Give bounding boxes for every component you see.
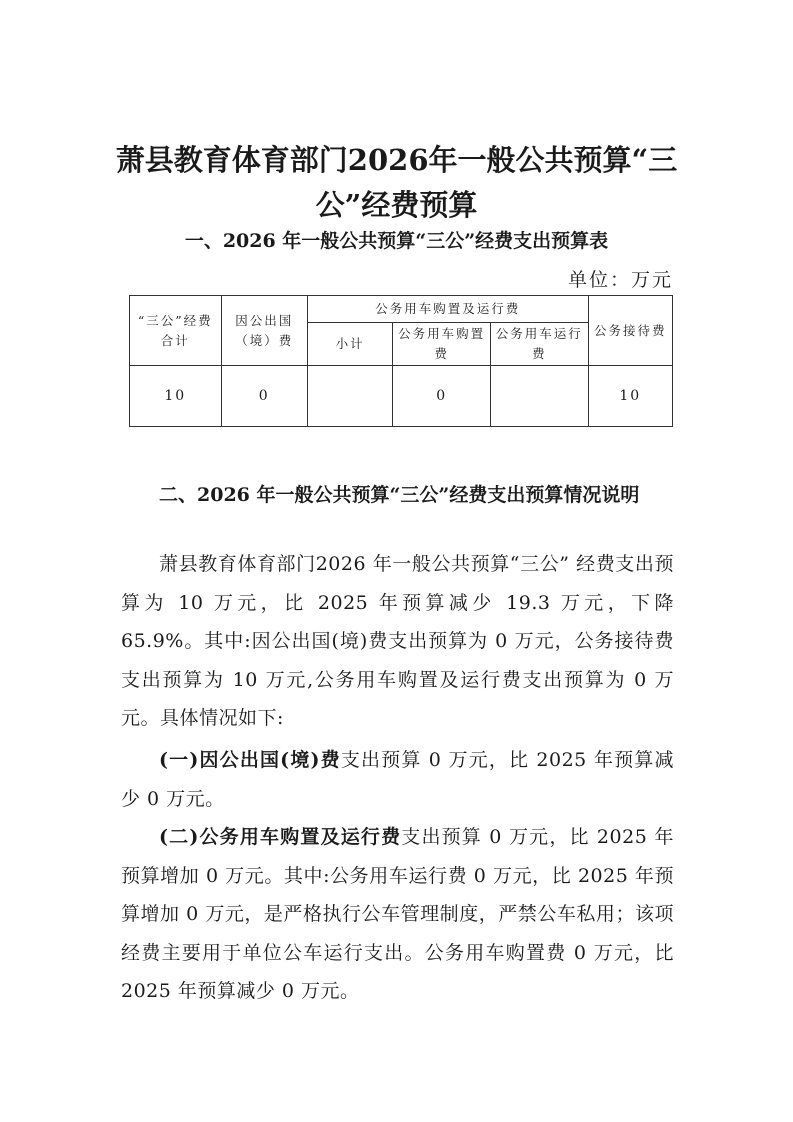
paragraph-vehicle: (二)公务用车购置及运行费支出预算 0 万元，比 2025 年预算增加 0 万元… (121, 818, 674, 1011)
document-title: 萧县教育体育部门2026年一般公共预算“三公”经费预算 (100, 138, 693, 228)
cell-vehicle-subtotal (307, 366, 392, 427)
cell-vehicle-operation (490, 366, 588, 427)
paragraph-overseas-heading: (一)因公出国(境)费 (159, 749, 341, 771)
paragraph-vehicle-heading: (二)公务用车购置及运行费 (159, 826, 401, 848)
cell-overseas: 0 (221, 366, 307, 427)
table-header-row: “三公”经费合计 因公出国（境）费 公务用车购置及运行费 公务接待费 (130, 296, 673, 323)
header-vehicle-group: 公务用车购置及运行费 (307, 296, 588, 323)
cell-vehicle-purchase: 0 (393, 366, 491, 427)
table-row: 10 0 0 10 (130, 366, 673, 427)
header-vehicle-purchase: 公务用车购置费 (393, 323, 491, 366)
header-overseas: 因公出国（境）费 (221, 296, 307, 366)
paragraph-overseas: (一)因公出国(境)费支出预算 0 万元，比 2025 年预算减少 0 万元。 (121, 741, 674, 818)
unit-label: 单位：万元 (568, 266, 673, 294)
header-vehicle-subtotal: 小计 (307, 323, 392, 366)
header-total: “三公”经费合计 (130, 296, 222, 366)
paragraph-vehicle-text: 支出预算 0 万元，比 2025 年预算增加 0 万元。其中:公务用车运行费 0… (121, 826, 674, 1002)
budget-table: “三公”经费合计 因公出国（境）费 公务用车购置及运行费 公务接待费 小计 公务… (129, 295, 673, 427)
section2-heading: 二、2026 年一般公共预算“三公”经费支出预算情况说明 (121, 470, 674, 520)
cell-reception: 10 (588, 366, 672, 427)
document-page: 萧县教育体育部门2026年一般公共预算“三公”经费预算 一、2026 年一般公共… (0, 0, 793, 1122)
paragraph-summary: 萧县教育体育部门2026 年一般公共预算“三公” 经费支出预算为 10 万元，比… (121, 545, 674, 738)
header-reception: 公务接待费 (588, 296, 672, 366)
section1-heading: 一、2026 年一般公共预算“三公”经费支出预算表 (100, 226, 693, 256)
header-vehicle-operation: 公务用车运行费 (490, 323, 588, 366)
cell-total: 10 (130, 366, 222, 427)
